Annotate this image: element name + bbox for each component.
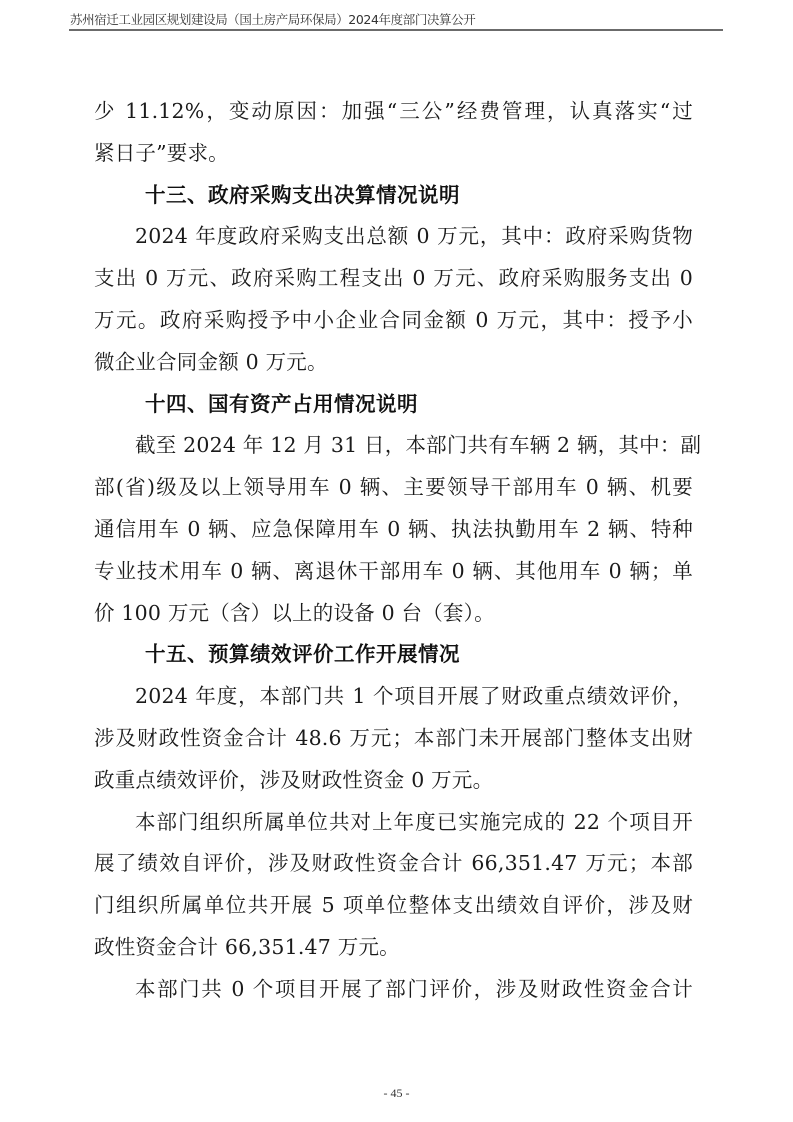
section-heading-15: 十五、预算绩效评价工作开展情况 [94, 634, 693, 676]
paragraph-line: 紧日子”要求。 [94, 133, 693, 175]
paragraph-line: 少 11.12%，变动原因：加强“三公”经费管理，认真落实“过 [94, 91, 693, 133]
paragraph-line: 专业技术用车 0 辆、离退休干部用车 0 辆、其他用车 0 辆；单 [94, 551, 693, 593]
page-number: - 45 - [0, 1086, 793, 1101]
section-heading-14: 十四、国有资产占用情况说明 [94, 384, 693, 426]
paragraph-line: 政性资金合计 66,351.47 万元。 [94, 927, 693, 969]
paragraph-line: 门组织所属单位共开展 5 项单位整体支出绩效自评价，涉及财 [94, 885, 693, 927]
paragraph-line: 2024 年度，本部门共 1 个项目开展了财政重点绩效评价， [94, 676, 693, 718]
paragraph-line: 万元。政府采购授予中小企业合同金额 0 万元，其中：授予小 [94, 300, 693, 342]
paragraph-line: 微企业合同金额 0 万元。 [94, 342, 693, 384]
header-title: 苏州宿迁工业园区规划建设局（国土房产局环保局）2024年度部门决算公开 [70, 12, 475, 28]
paragraph-line: 截至 2024 年 12 月 31 日，本部门共有车辆 2 辆，其中：副 [94, 425, 693, 467]
paragraph-line: 通信用车 0 辆、应急保障用车 0 辆、执法执勤用车 2 辆、特种 [94, 509, 693, 551]
page-header: 苏州宿迁工业园区规划建设局（国土房产局环保局）2024年度部门决算公开 [69, 11, 723, 31]
paragraph-line: 本部门共 0 个项目开展了部门评价，涉及财政性资金合计 [94, 969, 693, 1011]
paragraph-line: 支出 0 万元、政府采购工程支出 0 万元、政府采购服务支出 0 [94, 258, 693, 300]
section-heading-13: 十三、政府采购支出决算情况说明 [94, 175, 693, 217]
paragraph-line: 价 100 万元（含）以上的设备 0 台（套）。 [94, 593, 693, 635]
paragraph-line: 部(省)级及以上领导用车 0 辆、主要领导干部用车 0 辆、机要 [94, 467, 693, 509]
paragraph-line: 2024 年度政府采购支出总额 0 万元，其中：政府采购货物 [94, 216, 693, 258]
paragraph-line: 政重点绩效评价，涉及财政性资金 0 万元。 [94, 760, 693, 802]
paragraph-line: 展了绩效自评价，涉及财政性资金合计 66,351.47 万元；本部 [94, 843, 693, 885]
paragraph-line: 本部门组织所属单位共对上年度已实施完成的 22 个项目开 [94, 802, 693, 844]
document-body: 少 11.12%，变动原因：加强“三公”经费管理，认真落实“过 紧日子”要求。 … [94, 91, 693, 1011]
paragraph-line: 涉及财政性资金合计 48.6 万元；本部门未开展部门整体支出财 [94, 718, 693, 760]
